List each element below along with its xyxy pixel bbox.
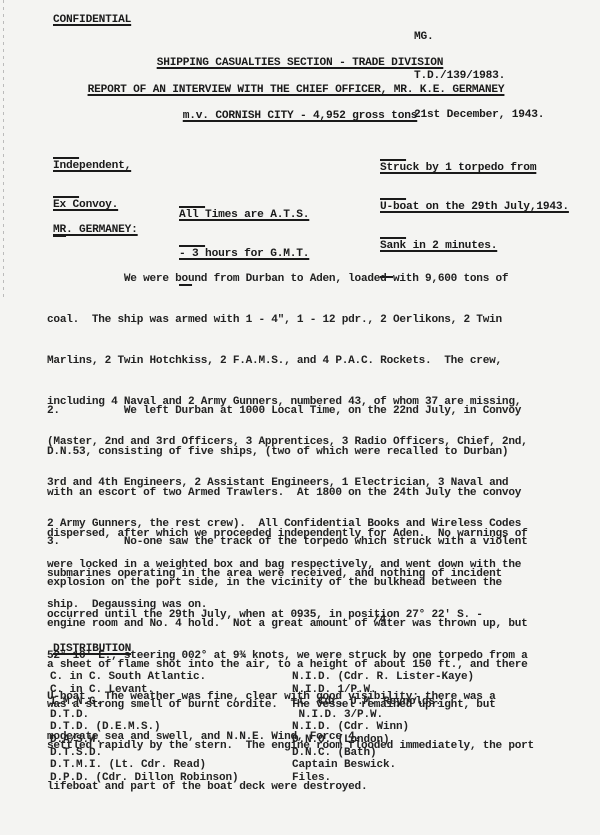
distribution-item: D.T.M.I. (Lt. Cdr. Read) bbox=[50, 759, 239, 772]
distribution-item: D.T.D. bbox=[50, 709, 239, 722]
speaker-label: MR. GERMANEY: bbox=[53, 224, 138, 237]
continuation-marker: /4. bbox=[373, 614, 393, 627]
distribution-item: N.I.D. 1/P.W. bbox=[292, 684, 474, 697]
distribution-item: D.N.C. (Bath) bbox=[292, 747, 474, 760]
report-title: REPORT OF AN INTERVIEW WITH THE CHIEF OF… bbox=[0, 84, 600, 97]
distribution-item: Captain Beswick. bbox=[292, 759, 474, 772]
ref-code: MG. bbox=[414, 31, 544, 44]
distribution-item: D.T.S.D. bbox=[50, 747, 239, 760]
distribution-item: I.M.N.G. bbox=[50, 696, 239, 709]
distribution-item: D.N.O. (London) bbox=[292, 734, 474, 747]
classification-label: CONFIDENTIAL bbox=[53, 14, 131, 27]
distribution-item: Files. bbox=[292, 772, 474, 785]
vessel-title: m.v. CORNISH CITY - 4,952 gross tons bbox=[0, 110, 600, 123]
distribution-item: C. in C. South Atlantic. bbox=[50, 671, 239, 684]
distribution-item: N.I.D. 3/P.W. bbox=[292, 709, 474, 722]
distribution-item: D.T.D. (D.E.M.S.) bbox=[50, 721, 239, 734]
distribution-item: D.P.D. (Cdr. Dillon Robinson) bbox=[50, 772, 239, 785]
document-page: CONFIDENTIAL MG. T.D./139/1983. 21st Dec… bbox=[0, 0, 600, 835]
distribution-item: N.I.D. (Cdr. R. Lister-Kaye) bbox=[292, 671, 474, 684]
punch-margin bbox=[3, 0, 4, 300]
ref-number: T.D./139/1983. bbox=[414, 70, 544, 83]
convoy-status: Independent, Ex Convoy. bbox=[53, 134, 131, 238]
distribution-list-left: C. in C. South Atlantic. C. in C. Levant… bbox=[50, 671, 239, 784]
reference-block: MG. T.D./139/1983. 21st December, 1943. bbox=[414, 5, 544, 148]
distribution-list-right: N.I.D. (Cdr. R. Lister-Kaye) N.I.D. 1/P.… bbox=[292, 671, 474, 784]
distribution-heading: DISTRIBUTION bbox=[53, 643, 131, 656]
distribution-item: Lt. Cdr. J.M. Reynolds. bbox=[292, 696, 474, 709]
distribution-item: N.I.D. (Cdr. Winn) bbox=[292, 721, 474, 734]
section-title: SHIPPING CASUALTIES SECTION - TRADE DIVI… bbox=[0, 57, 600, 70]
distribution-item: C. in C. Levant. bbox=[50, 684, 239, 697]
distribution-item: D.A/S.W. bbox=[50, 734, 239, 747]
